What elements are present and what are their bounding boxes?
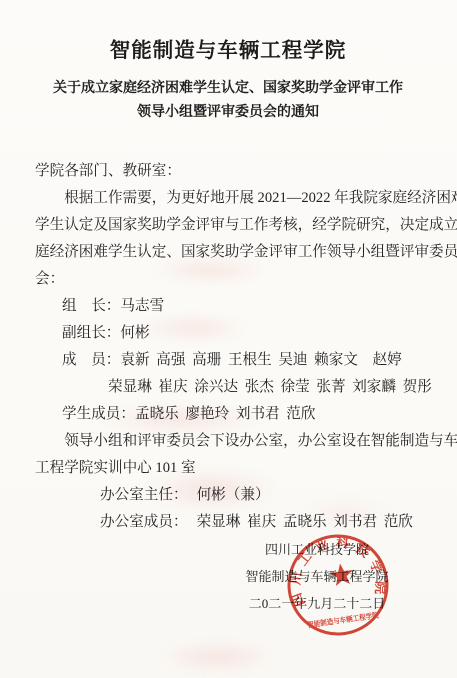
roster-row-leader: 组 长：马志雪: [62, 293, 421, 320]
office-section: 办公室主任：何彬（兼） 办公室成员：荣显琳 崔庆 孟晓乐 刘书君 范欣: [35, 482, 421, 536]
roster-label: 学生成员：: [62, 406, 135, 422]
paragraph-2: 领导小组和评审委员会下设办公室，办公室设在智能制造与车辆 工程学院实训中心 10…: [35, 428, 421, 482]
paragraph-1-line: 会：: [35, 266, 421, 293]
roster-row-deputy-leader: 副组长：何彬: [62, 320, 421, 347]
roster-row-student-members: 学生成员：孟晓乐 廖艳玲 刘书君 范欣: [62, 401, 421, 428]
paragraph-2-line: 领导小组和评审委员会下设办公室，办公室设在智能制造与车辆: [35, 428, 421, 455]
roster-names: 马志雪: [120, 298, 164, 314]
notice-subtitle: 关于成立家庭经济困难学生认定、国家奖助学金评审工作 领导小组暨评审委员会的通知: [35, 77, 421, 125]
roster-names: 袁新 高强 高珊 王根生 吴迪 赖家文 赵婷: [120, 352, 401, 368]
subtitle-line-2: 领导小组暨评审委员会的通知: [35, 101, 421, 125]
roster-row-members: 成 员：袁新 高强 高珊 王根生 吴迪 赖家文 赵婷: [62, 347, 421, 374]
roster-names: 何彬: [120, 325, 149, 341]
office-value: 何彬（兼）: [197, 487, 270, 503]
office-members-row: 办公室成员：荣显琳 崔庆 孟晓乐 刘书君 范欣: [100, 509, 421, 536]
office-director-row: 办公室主任：何彬（兼）: [100, 482, 421, 509]
paragraph-2-line: 工程学院实训中心 101 室: [35, 455, 421, 482]
signature-block: 四川工业科技学院 智能制造与车辆工程学院 二0二一年九月二十二日: [237, 536, 397, 617]
roster-label: 成 员：: [62, 352, 120, 368]
signature-org-line-1: 四川工业科技学院: [237, 536, 397, 563]
paragraph-1-line: 庭经济困难学生认定、国家奖助学金评审工作领导小组暨评审委员: [35, 239, 421, 266]
subtitle-line-1: 关于成立家庭经济困难学生认定、国家奖助学金评审工作: [35, 77, 421, 101]
roster-names: 孟晓乐 廖艳玲 刘书君 范欣: [135, 406, 315, 422]
roster-label: 组 长：: [62, 298, 120, 314]
paragraph-1-line: 根据工作需要，为更好地开展 2021—2022 年我院家庭经济困难: [35, 185, 421, 212]
document-page: 智能制造与车辆工程学院 关于成立家庭经济困难学生认定、国家奖助学金评审工作 领导…: [0, 0, 457, 678]
roster-label: 副组长：: [62, 325, 120, 341]
office-label: 办公室主任：: [100, 487, 188, 503]
office-value: 荣显琳 崔庆 孟晓乐 刘书君 范欣: [197, 514, 413, 530]
ink-smudge: [160, 642, 275, 672]
paragraph-1: 根据工作需要，为更好地开展 2021—2022 年我院家庭经济困难 学生认定及国…: [35, 185, 421, 293]
committee-roster: 组 长：马志雪 副组长：何彬 成 员：袁新 高强 高珊 王根生 吴迪 赖家文 赵…: [62, 293, 421, 428]
roster-row-members-continued: 荣显琳 崔庆 涂兴达 张杰 徐莹 张菁 刘家麟 贺彤: [108, 374, 421, 401]
notice-body: 学院各部门、教研室： 根据工作需要，为更好地开展 2021—2022 年我院家庭…: [35, 158, 421, 617]
signature-org-line-2: 智能制造与车辆工程学院: [237, 563, 397, 590]
paragraph-1-line: 学生认定及国家奖助学金评审与工作考核，经学院研究，决定成立家: [35, 212, 421, 239]
page-title: 智能制造与车辆工程学院: [35, 39, 421, 63]
office-label: 办公室成员：: [100, 514, 188, 530]
signature-date: 二0二一年九月二十二日: [237, 590, 397, 617]
notice-document: 智能制造与车辆工程学院 关于成立家庭经济困难学生认定、国家奖助学金评审工作 领导…: [35, 0, 421, 617]
salutation: 学院各部门、教研室：: [35, 158, 421, 185]
